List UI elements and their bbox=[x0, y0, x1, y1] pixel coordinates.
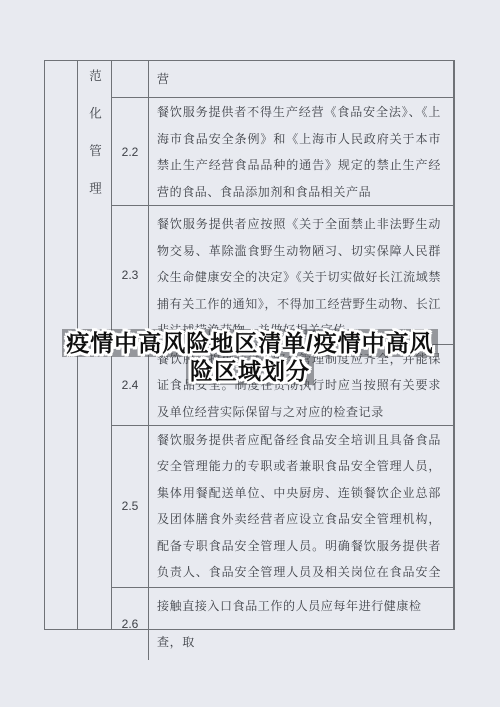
overlay-caption-line2-wrap: 险区域划分 bbox=[0, 357, 500, 385]
overlay-caption-line2: 险区域划分 bbox=[186, 357, 314, 385]
row-text-cell: 餐饮服务提供者不得生产经营《食品安全法》、《上海市食品安全条例》和《上海市人民政… bbox=[149, 98, 453, 205]
row-number-cell: 2.2 bbox=[112, 98, 149, 205]
overlay-caption: 疫情中高风险地区清单/疫情中高风 险区域划分 bbox=[0, 329, 500, 385]
table-row: 营 bbox=[112, 61, 453, 97]
row-number-cell: 2.6 bbox=[112, 588, 149, 660]
table-row: 2.6 接触直接入口食品工作的人员应每年进行健康检查，取 bbox=[112, 587, 453, 660]
overlay-caption-line1: 疫情中高风险地区清单/疫情中高风 bbox=[62, 329, 437, 357]
row-text-cell: 接触直接入口食品工作的人员应每年进行健康检查，取 bbox=[149, 588, 453, 660]
row-number-cell: 2.5 bbox=[112, 426, 149, 587]
table-row: 2.3 餐饮服务提供者应按照《关于全面禁止非法野生动物交易、革除滥食野生动物陋习… bbox=[112, 205, 453, 344]
row-number-cell: 2.3 bbox=[112, 206, 149, 344]
row-number-cell bbox=[112, 61, 149, 97]
overlay-caption-line1-wrap: 疫情中高风险地区清单/疫情中高风 bbox=[0, 329, 500, 357]
row-text-cell: 餐饮服务提供者应配备经食品安全培训且具备食品安全管理能力的专职或者兼职食品安全管… bbox=[149, 426, 453, 587]
document-page: 范化管理 营 2.2 餐饮服务提供者不得生产经营《食品安全法》、《上海市食品安全… bbox=[0, 0, 500, 707]
row-text-cell: 营 bbox=[149, 61, 453, 97]
table-row: 2.5 餐饮服务提供者应配备经食品安全培训且具备食品安全管理能力的专职或者兼职食… bbox=[112, 425, 453, 587]
row-text-cell: 餐饮服务提供者应按照《关于全面禁止非法野生动物交易、革除滥食野生动物陋习、切实保… bbox=[149, 206, 453, 344]
table-row: 2.2 餐饮服务提供者不得生产经营《食品安全法》、《上海市食品安全条例》和《上海… bbox=[112, 97, 453, 205]
